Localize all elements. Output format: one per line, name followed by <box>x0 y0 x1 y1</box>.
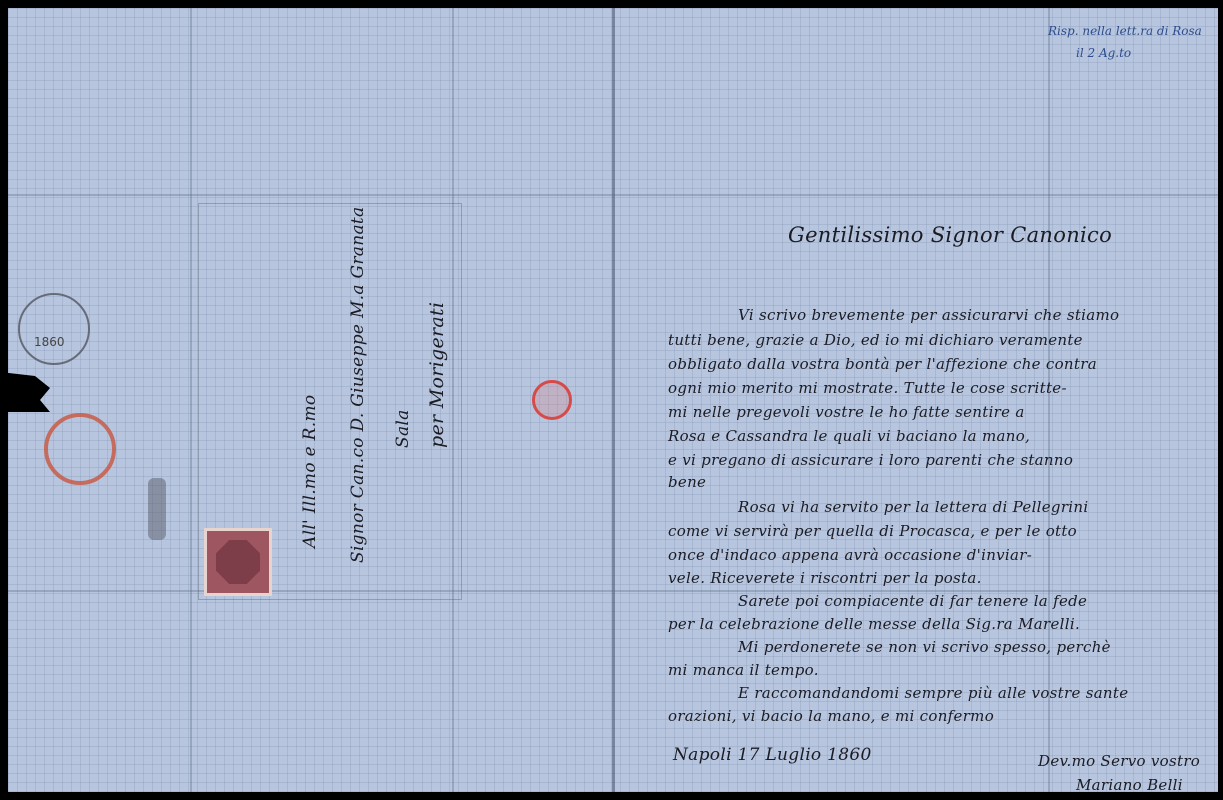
grey-circular-postmark: 1860 <box>18 293 90 365</box>
fold-line <box>190 8 192 792</box>
stamp-octagon-icon <box>216 540 260 584</box>
letter-line: Mi perdonerete se non vi scrivo spesso, … <box>738 638 1111 656</box>
salutation: Gentilissimo Signor Canonico <box>788 223 1112 247</box>
letter-line: e vi pregano di assicurare i loro parent… <box>668 451 1073 469</box>
center-fold <box>612 8 615 792</box>
letter-line: Rosa vi ha servito per la lettera di Pel… <box>738 498 1088 516</box>
letter-line: obbligato dalla vostra bontà per l'affez… <box>668 355 1097 373</box>
letter-line: mi nelle pregevoli vostre le ho fatte se… <box>668 403 1025 421</box>
letter-line: Rosa e Cassandra le quali vi baciano la … <box>668 427 1030 445</box>
letter-line: come vi servirà per quella di Procasca, … <box>668 522 1077 540</box>
address-line-4: per Morigerati <box>426 302 448 448</box>
letter-line: per la celebrazione delle messe della Si… <box>668 615 1080 633</box>
fold-line <box>1048 8 1050 792</box>
letter-line: Sarete poi compiacente di far tenere la … <box>738 592 1087 610</box>
signature: Mariano Belli <box>1076 776 1183 794</box>
letter-line: once d'indaco appena avrà occasione d'in… <box>668 546 1032 564</box>
letter-line: tutti bene, grazie a Dio, ed io mi dichi… <box>668 331 1083 349</box>
docket-note-line-2: il 2 Ag.to <box>1076 46 1131 60</box>
closing: Dev.mo Servo vostro <box>1038 752 1200 770</box>
letter-line: Vi scrivo brevemente per assicurarvi che… <box>738 306 1119 324</box>
red-transit-postmark <box>44 413 116 485</box>
letter-line: E raccomandandomi sempre più alle vostre… <box>738 684 1128 702</box>
letter-line: orazioni, vi bacio la mano, e mi conferm… <box>668 707 994 725</box>
address-line-2: Signor Can.co D. Giuseppe M.a Granata <box>348 207 368 564</box>
letter-line: ogni mio merito mi mostrate. Tutte le co… <box>668 379 1067 397</box>
docket-note-line-1: Risp. nella lett.ra di Rosa <box>1048 24 1202 38</box>
letter-line: vele. Riceverete i riscontri per la post… <box>668 569 982 587</box>
letter-sheet: Risp. nella lett.ra di Rosa il 2 Ag.to A… <box>8 8 1218 792</box>
letter-line: mi manca il tempo. <box>668 661 819 679</box>
dateline: Napoli 17 Luglio 1860 <box>673 745 872 765</box>
letter-line: bene <box>668 473 706 491</box>
address-line-3: Sala <box>393 409 413 448</box>
grey-smudge <box>148 478 166 540</box>
fold-line <box>8 194 1218 196</box>
red-wax-seal <box>532 380 572 420</box>
address-line-1: All' Ill.mo e R.mo <box>300 395 320 548</box>
postage-stamp <box>204 528 272 596</box>
